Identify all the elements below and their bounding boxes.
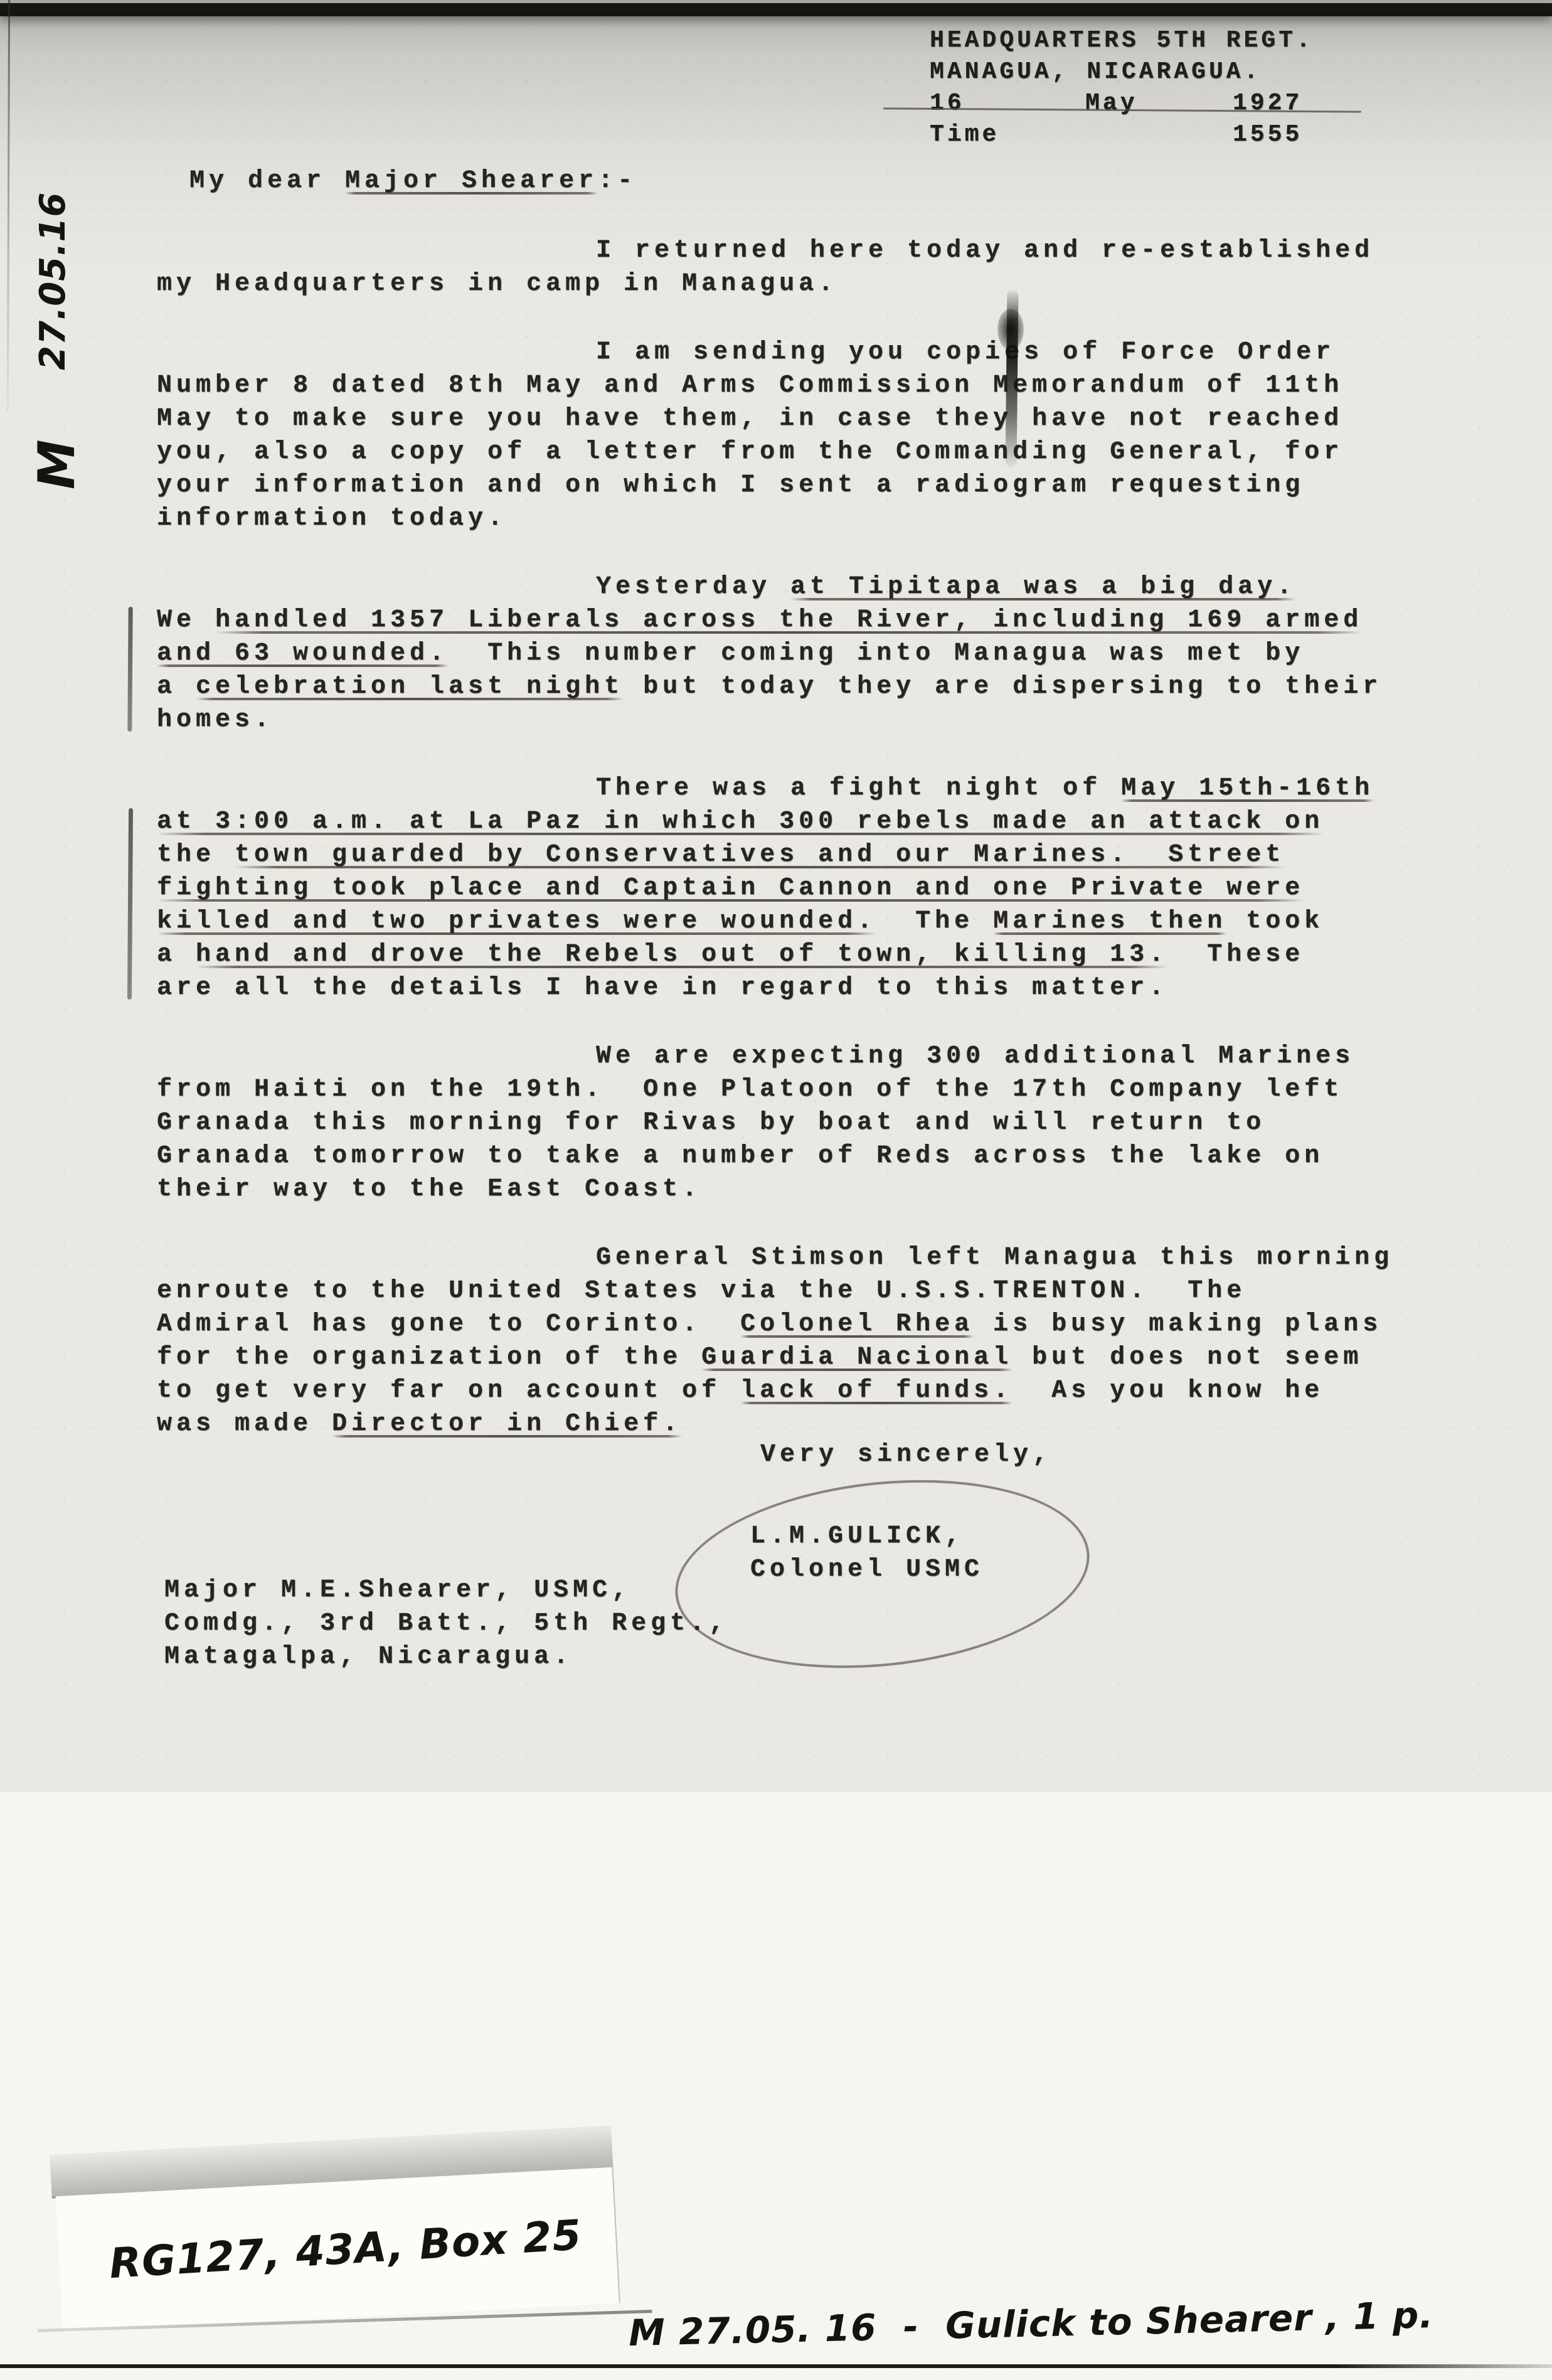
typed-text: These <box>1168 941 1304 969</box>
typed-text: Number 8 dated 8th May and Arms Commissi… <box>157 371 1343 400</box>
typed-text: information today. <box>157 504 507 533</box>
typed-text: homes. <box>157 706 274 734</box>
paragraph: Yesterday at Tipitapa was a big day.We h… <box>157 570 1443 737</box>
typed-line: your information and on which I sent a r… <box>157 469 1443 502</box>
date-month: May <box>1085 88 1233 119</box>
typed-line: Admiral has gone to Corinto. Colonel Rhe… <box>157 1308 1443 1341</box>
letterhead-date-line: 16May1927 <box>930 88 1314 119</box>
typed-line: I am sending you copies of Force Order <box>157 336 1443 369</box>
typed-line: enroute to the United States via the U.S… <box>157 1274 1443 1308</box>
typed-line: was made Director in Chief. <box>157 1407 1443 1441</box>
address-line: Matagalpa, Nicaragua. <box>164 1640 728 1673</box>
typed-line: We are expecting 300 additional Marines <box>157 1040 1443 1073</box>
paragraph: I am sending you copies of Force OrderNu… <box>157 336 1443 535</box>
signature-block: L.M.GULICK, Colonel USMC <box>750 1520 984 1586</box>
salutation-addressee: Major Shearer <box>345 167 598 195</box>
typed-line: fighting took place and Captain Cannon a… <box>157 872 1443 905</box>
recipient-address-block: Major M.E.Shearer, USMC, Comdg., 3rd Bat… <box>164 1574 728 1673</box>
paragraph: I returned here today and re-established… <box>157 234 1443 301</box>
pencil-underlined-text: Guardia Nacional <box>701 1343 1013 1372</box>
typed-text: May to make sure you have them, in case … <box>157 405 1343 433</box>
typed-line: to get very far on account of lack of fu… <box>157 1374 1443 1407</box>
pencil-margin-line <box>127 607 132 732</box>
pencil-underlined-text: town guarded by Conservatives and our Ma… <box>235 841 1285 869</box>
label-handwritten-text: RG127, 43A, Box 25 <box>108 2211 583 2288</box>
typed-line: at 3:00 a.m. at La Paz in which 300 rebe… <box>157 805 1443 838</box>
typed-text: was made <box>157 1410 332 1438</box>
typed-line: for the organization of the Guardia Naci… <box>157 1341 1443 1374</box>
typed-text: Granada tomorrow to take a number of Red… <box>157 1142 1324 1170</box>
typed-text: a <box>157 673 196 701</box>
letterhead-unit-line: HEADQUARTERS 5TH REGT. <box>930 25 1314 56</box>
paragraph: There was a fight night of May 15th-16th… <box>157 772 1443 1005</box>
typed-line: May to make sure you have them, in case … <box>157 402 1443 435</box>
time-label: Time <box>930 119 1233 151</box>
date-day: 16 <box>930 88 1085 119</box>
pencil-underlined-text: at Tipitapa was a big day. <box>790 573 1296 601</box>
typed-line: and 63 wounded. This number coming into … <box>157 637 1443 670</box>
typed-text: Yesterday <box>596 573 790 601</box>
typed-line: I returned here today and re-established <box>157 234 1443 267</box>
typed-text: are all the details I have in regard to … <box>157 974 1168 1002</box>
typed-line: Yesterday at Tipitapa was a big day. <box>157 570 1443 604</box>
typed-line: killed and two privates were wounded. Th… <box>157 905 1443 938</box>
typed-text: This number coming into Managua was met … <box>449 639 1304 668</box>
pencil-underlined-text: handled 1357 Liberals across the River, … <box>215 606 1363 634</box>
signature-name: L.M.GULICK, <box>750 1520 984 1553</box>
salutation: My dear Major Shearer:- <box>157 164 1443 198</box>
typed-text: As you know he <box>1013 1377 1324 1405</box>
paragraph: We are expecting 300 additional Marinesf… <box>157 1040 1443 1206</box>
typed-text: General Stimson left Managua this mornin… <box>596 1244 1393 1272</box>
typed-line: There was a fight night of May 15th-16th <box>157 772 1443 805</box>
pencil-underlined-text: Colonel Rhea <box>740 1310 974 1338</box>
typed-text: We <box>157 606 215 634</box>
typed-text: The <box>876 907 993 936</box>
typed-line: the town guarded by Conservatives and ou… <box>157 838 1443 872</box>
typed-line: a celebration last night but today they … <box>157 670 1443 703</box>
archival-label: RG127, 43A, Box 25 <box>55 2162 620 2332</box>
typed-text: you, also a copy of a letter from the Co… <box>157 438 1343 466</box>
typed-line: General Stimson left Managua this mornin… <box>157 1241 1443 1274</box>
pencil-underlined-text: May 15th-16th <box>1121 774 1374 803</box>
typed-line: from Haiti on the 19th. One Platoon of t… <box>157 1073 1443 1106</box>
typed-text: enroute to the United States via the U.S… <box>157 1277 1246 1305</box>
typed-text: Admiral has gone to Corinto. <box>157 1310 740 1338</box>
typed-text: but does not seem <box>1013 1343 1363 1372</box>
salutation-suffix: :- <box>598 167 637 195</box>
salutation-prefix: My dear <box>189 167 345 195</box>
typed-text: your information and on which I sent a r… <box>157 471 1304 499</box>
typed-line: my Headquarters in camp in Managua. <box>157 267 1443 301</box>
typed-line: Granada tomorrow to take a number of Red… <box>157 1139 1443 1173</box>
scan-bottom-edge-artifact <box>0 2364 1552 2368</box>
typed-line: their way to the East Coast. <box>157 1173 1443 1206</box>
typed-line: homes. <box>157 703 1443 737</box>
typed-text: a <box>157 941 196 969</box>
pencil-underlined-text: fighting took place and Captain Cannon a… <box>157 874 1304 902</box>
typed-line: Number 8 dated 8th May and Arms Commissi… <box>157 369 1443 402</box>
address-line: Comdg., 3rd Batt., 5th Regt., <box>164 1607 728 1640</box>
typed-text: their way to the East Coast. <box>157 1175 701 1203</box>
pencil-underlined-text: lack of funds. <box>740 1377 1013 1405</box>
typed-line: a hand and drove the Rebels out of town,… <box>157 938 1443 971</box>
typed-text: took <box>1226 907 1324 936</box>
pencil-underlined-text: hand and drove the Rebels out of town, k… <box>196 941 1168 969</box>
typed-text: is busy making plans <box>974 1310 1382 1338</box>
typed-text: for the organization of the <box>157 1343 701 1372</box>
typed-text: We are expecting 300 additional Marines <box>596 1042 1354 1070</box>
typed-text: to get very far on account of <box>157 1377 740 1405</box>
typed-line: We handled 1357 Liberals across the Rive… <box>157 604 1443 637</box>
scanned-letter-page: 27.05.16 M HEADQUARTERS 5TH REGT. MANAGU… <box>0 0 1552 2380</box>
closing: Very sincerely, <box>760 1438 1052 1471</box>
margin-handwritten-letter-m: M <box>28 376 86 489</box>
typed-line: information today. <box>157 502 1443 535</box>
time-value: 1555 <box>1233 121 1302 148</box>
typed-text: from Haiti on the 19th. One Platoon of t… <box>157 1075 1343 1104</box>
scan-top-edge-artifact <box>0 3 1552 16</box>
pencil-underlined-text: and 63 wounded. <box>157 639 449 668</box>
letterhead-place-line: MANAGUA, NICARAGUA. <box>930 56 1314 88</box>
typed-text: I am sending you copies of Force Order <box>596 338 1335 366</box>
letterhead: HEADQUARTERS 5TH REGT. MANAGUA, NICARAGU… <box>930 25 1314 151</box>
letter-paragraphs: I returned here today and re-established… <box>157 234 1443 1441</box>
typed-text: There was a fight night of <box>596 774 1121 803</box>
paragraph: General Stimson left Managua this mornin… <box>157 1241 1443 1441</box>
typed-text: my Headquarters in camp in Managua. <box>157 270 837 298</box>
typed-text: the <box>157 841 235 869</box>
pencil-underlined-text: Director in Chief. <box>332 1410 682 1438</box>
margin-handwritten-date: 27.05.16 <box>33 94 73 370</box>
ink-blot-artifact <box>997 309 1024 350</box>
typed-line: Granada this morning for Rivas by boat a… <box>157 1106 1443 1139</box>
signature-title: Colonel USMC <box>750 1553 984 1586</box>
letter-body: My dear Major Shearer:- I returned here … <box>157 164 1443 1476</box>
letterhead-time-line: Time1555 <box>930 119 1314 151</box>
typed-line: are all the details I have in regard to … <box>157 971 1443 1005</box>
address-line: Major M.E.Shearer, USMC, <box>164 1574 728 1607</box>
typed-text: I returned here today and re-established <box>596 237 1374 265</box>
typed-text: Granada this morning for Rivas by boat a… <box>157 1109 1265 1137</box>
pencil-underlined-text: Marines then <box>993 907 1226 936</box>
typed-line: you, also a copy of a letter from the Co… <box>157 435 1443 469</box>
pencil-underlined-text: at 3:00 a.m. at La Paz in which 300 rebe… <box>157 808 1324 836</box>
typed-text: but today they are dispersing to their <box>624 673 1382 701</box>
pencil-underlined-text: celebration last night <box>196 673 624 701</box>
pencil-underlined-text: killed and two privates were wounded. <box>157 907 876 936</box>
date-year: 1927 <box>1233 90 1302 117</box>
